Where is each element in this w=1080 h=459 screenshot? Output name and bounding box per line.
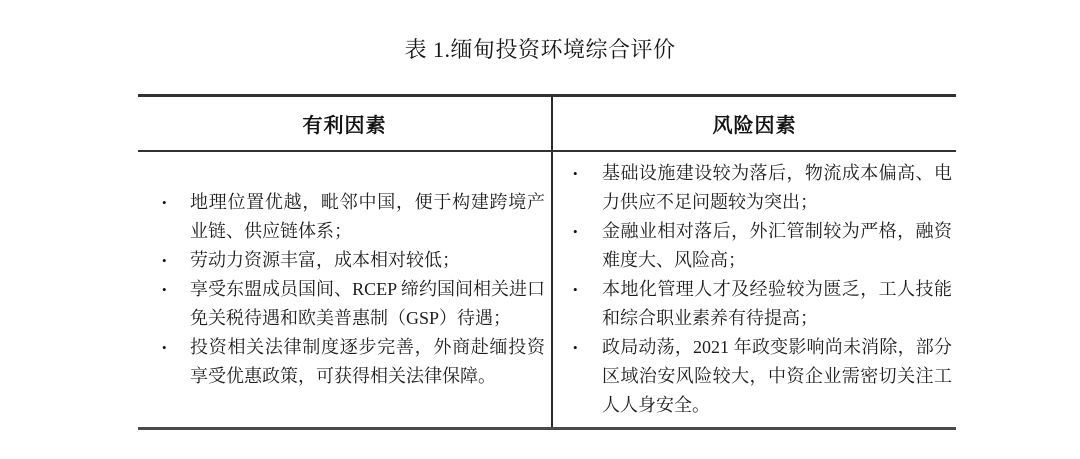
- bullet-icon: •: [570, 333, 602, 362]
- list-item-text: 金融业相对落后，外汇管制较为严格，融资难度大、风险高；: [602, 217, 952, 275]
- favorable-factors-cell: • 地理位置优越，毗邻中国，便于构建跨境产业链、供应链体系； • 劳动力资源丰富…: [138, 152, 553, 427]
- list-item-text: 享受东盟成员国间、RCEP 缔约国间相关进口免关税待遇和欧美普惠制（GSP）待遇…: [190, 275, 545, 333]
- list-item-text: 政局动荡，2021 年政变影响尚未消除，部分区域治安风险较大，中资企业需密切关注…: [602, 333, 952, 420]
- bullet-icon: •: [159, 333, 190, 362]
- list-item: • 享受东盟成员国间、RCEP 缔约国间相关进口免关税待遇和欧美普惠制（GSP）…: [159, 275, 545, 333]
- list-item: • 基础设施建设较为落后，物流成本偏高、电力供应不足问题较为突出；: [570, 159, 952, 217]
- list-item-text: 本地化管理人才及经验较为匮乏，工人技能和综合职业素养有待提高；: [602, 275, 952, 333]
- table-header-row: 有利因素 风险因素: [138, 97, 956, 152]
- risk-factors-cell: • 基础设施建设较为落后，物流成本偏高、电力供应不足问题较为突出； • 金融业相…: [553, 152, 956, 427]
- table-body-row: • 地理位置优越，毗邻中国，便于构建跨境产业链、供应链体系； • 劳动力资源丰富…: [138, 152, 956, 427]
- list-item: • 劳动力资源丰富，成本相对较低；: [159, 246, 545, 275]
- list-item-text: 劳动力资源丰富，成本相对较低；: [190, 246, 545, 275]
- list-item-text: 基础设施建设较为落后，物流成本偏高、电力供应不足问题较为突出；: [602, 159, 952, 217]
- list-item: • 地理位置优越，毗邻中国，便于构建跨境产业链、供应链体系；: [159, 188, 545, 246]
- table-caption: 表 1.缅甸投资环境综合评价: [0, 37, 1080, 63]
- bullet-icon: •: [570, 159, 602, 188]
- list-item: • 本地化管理人才及经验较为匮乏，工人技能和综合职业素养有待提高；: [570, 275, 952, 333]
- list-item-text: 投资相关法律制度逐步完善，外商赴缅投资享受优惠政策，可获得相关法律保障。: [190, 333, 545, 391]
- document-page: 表 1.缅甸投资环境综合评价 有利因素 风险因素 • 地理位置优越，毗邻中国，便…: [0, 0, 1080, 459]
- bullet-icon: •: [159, 275, 190, 304]
- bullet-icon: •: [570, 217, 602, 246]
- list-item: • 金融业相对落后，外汇管制较为严格，融资难度大、风险高；: [570, 217, 952, 275]
- list-item: • 投资相关法律制度逐步完善，外商赴缅投资享受优惠政策，可获得相关法律保障。: [159, 333, 545, 391]
- evaluation-table: 有利因素 风险因素 • 地理位置优越，毗邻中国，便于构建跨境产业链、供应链体系；…: [138, 94, 956, 430]
- header-favorable-factors: 有利因素: [138, 97, 553, 150]
- bullet-icon: •: [159, 188, 190, 217]
- list-item-text: 地理位置优越，毗邻中国，便于构建跨境产业链、供应链体系；: [190, 188, 545, 246]
- header-risk-factors: 风险因素: [553, 97, 956, 150]
- bullet-icon: •: [570, 275, 602, 304]
- list-item: • 政局动荡，2021 年政变影响尚未消除，部分区域治安风险较大，中资企业需密切…: [570, 333, 952, 420]
- bullet-icon: •: [159, 246, 190, 275]
